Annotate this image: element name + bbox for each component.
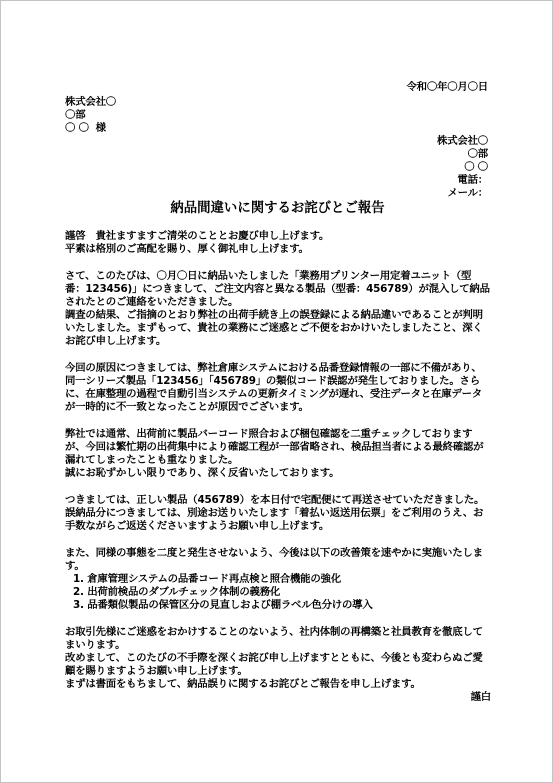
measures-list: 1. 倉庫管理システムの品番コード再点検と照合機能の強化 2. 出荷前検品のダブ… bbox=[65, 573, 491, 612]
recipient-company: 株式会社〇 bbox=[65, 96, 116, 109]
recipient-block: 株式会社〇 〇部 〇 〇 様 bbox=[65, 96, 116, 135]
sender-name: 〇 〇 bbox=[437, 161, 488, 174]
measure-item: 3. 品番類似製品の保管区分の見直しおよび棚ラベル色分けの導入 bbox=[65, 599, 491, 612]
closing-paragraph: まずは書面をもちまして、納品誤りに関するお詫びとご報告を申し上げます。 bbox=[65, 678, 491, 691]
letter-page: 令和〇年〇月〇日 株式会社〇 〇部 〇 〇 様 株式会社〇 〇部 〇 〇 電話：… bbox=[0, 0, 553, 783]
incident-paragraph: さて、このたびは、〇月〇日に納品いたしました「業務用プリンター用定着ユニット（型… bbox=[65, 270, 491, 309]
check-paragraph: 弊社では通常、出荷前に製品バーコード照合および梱包確認を二重チェックしております… bbox=[65, 428, 491, 467]
greeting-line: 謹啓 貴社ますますご清栄のこととお慶び申し上げます。 bbox=[65, 230, 491, 243]
investigation-paragraph: 調査の結果、ご指摘のとおり弊社の出荷手続き上の誤登録による納品違いであることが判… bbox=[65, 309, 491, 348]
closing-word: 謹白 bbox=[65, 691, 491, 704]
paragraph-gap bbox=[65, 533, 491, 547]
letter-body: 謹啓 貴社ますますご清栄のこととお慶び申し上げます。 平素は格別のご高配を賜り、… bbox=[65, 230, 491, 704]
recipient-name: 〇 〇 様 bbox=[65, 122, 116, 135]
measure-item: 1. 倉庫管理システムの品番コード再点検と照合機能の強化 bbox=[65, 573, 491, 586]
sender-email-label: メール： bbox=[437, 187, 488, 200]
apology-line: 誠にお恥ずかしい限りであり、深く反省いたしております。 bbox=[65, 467, 491, 480]
sender-department: 〇部 bbox=[437, 148, 488, 161]
letter-title: 納品間違いに関するお詫びとご報告 bbox=[1, 200, 553, 218]
sender-company: 株式会社〇 bbox=[437, 135, 488, 148]
closing-paragraph: お取引先様にご迷惑をおかけすることのないよう、社内体制の再構築と社員教育を徹底し… bbox=[65, 626, 491, 652]
paragraph-gap bbox=[65, 256, 491, 270]
paragraph-gap bbox=[65, 348, 491, 362]
recipient-department: 〇部 bbox=[65, 109, 116, 122]
prevention-intro: また、同様の事態を二度と発生させないよう、今後は以下の改善策を速やかに実施いたし… bbox=[65, 547, 491, 573]
greeting-line: 平素は格別のご高配を賜り、厚く御礼申し上げます。 bbox=[65, 243, 491, 256]
closing-paragraph: 改めまして、このたびの不手際を深くお詫び申し上げますとともに、今後とも変わらぬご… bbox=[65, 652, 491, 678]
sender-phone-label: 電話： bbox=[437, 174, 488, 187]
paragraph-gap bbox=[65, 480, 491, 494]
sender-block: 株式会社〇 〇部 〇 〇 電話： メール： bbox=[437, 135, 488, 200]
paragraph-gap bbox=[65, 612, 491, 626]
paragraph-gap bbox=[65, 414, 491, 428]
remedy-paragraph: つきましては、正しい製品（456789）を本日付で宅配便にて再送させていただきま… bbox=[65, 494, 491, 533]
measure-item: 2. 出荷前検品のダブルチェック体制の義務化 bbox=[65, 586, 491, 599]
cause-paragraph: 今回の原因につきましては、弊社倉庫システムにおける品番登録情報の一部に不備があり… bbox=[65, 362, 491, 414]
letter-date: 令和〇年〇月〇日 bbox=[406, 81, 488, 94]
